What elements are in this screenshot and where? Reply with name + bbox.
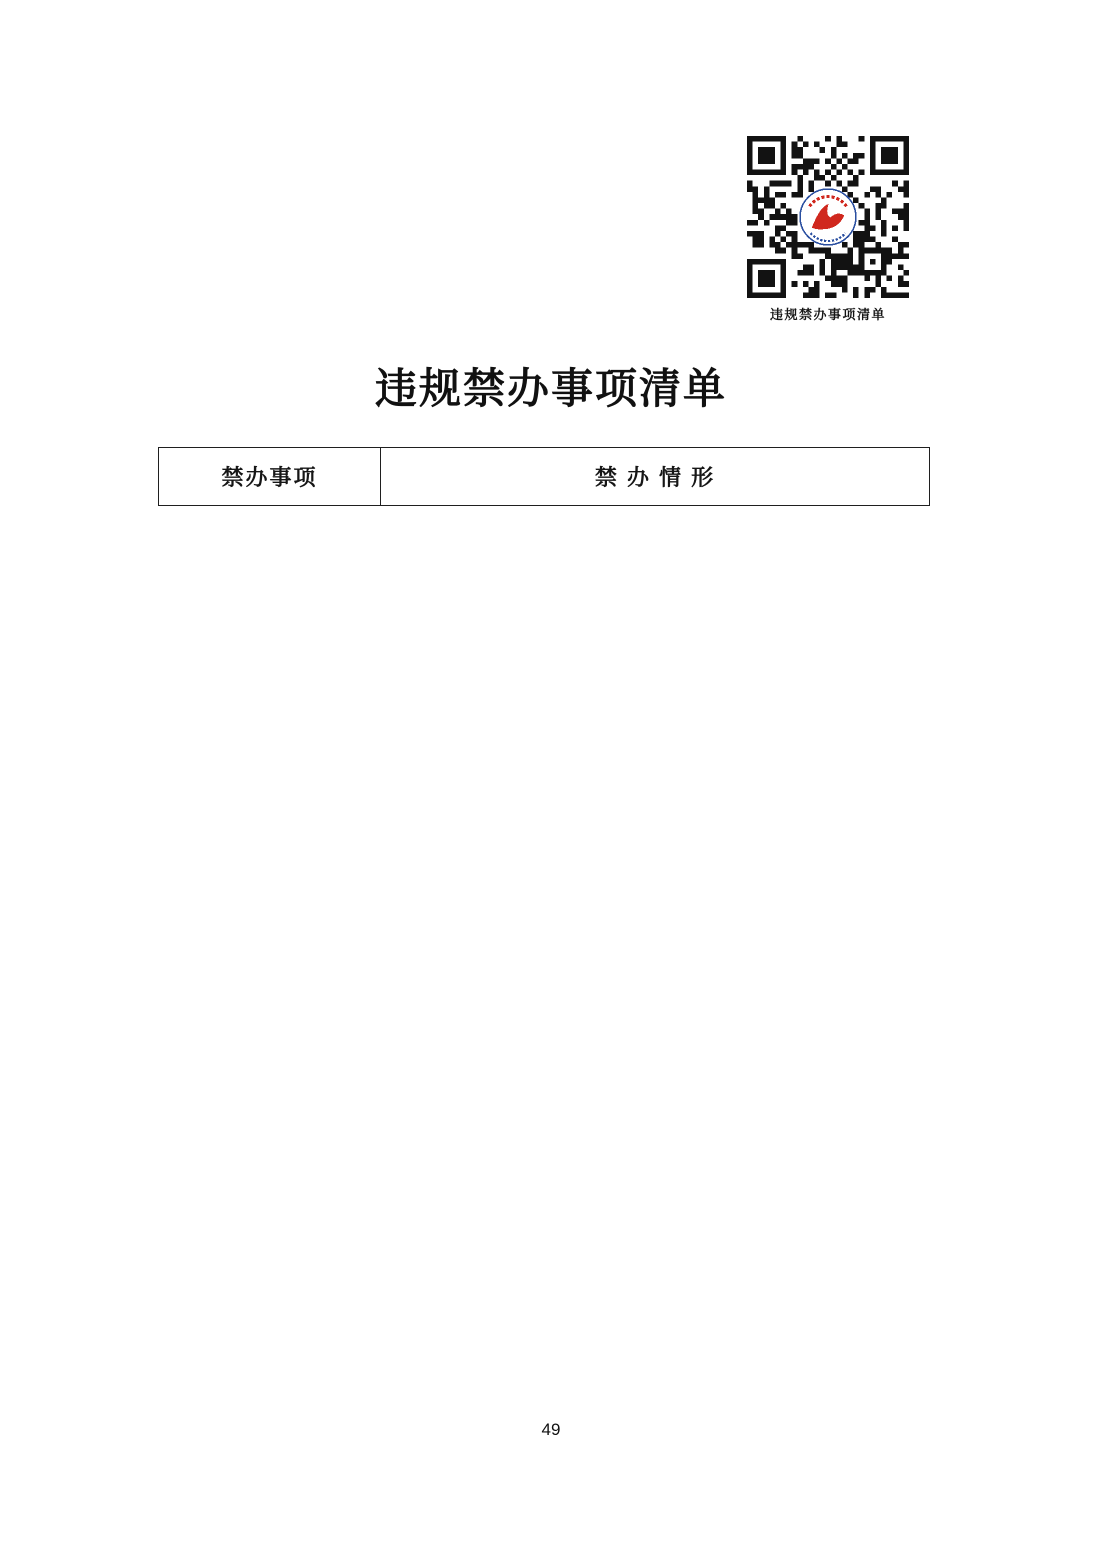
prohibition-table: 禁办事项 禁 办 情 形 [158, 447, 930, 506]
qr-code [747, 136, 909, 298]
document-page: 违规禁办事项清单 违规禁办事项清单 禁办事项 禁 办 情 形 49 [0, 0, 1102, 1559]
qr-block: 违规禁办事项清单 [742, 136, 914, 323]
table-header-row: 禁办事项 禁 办 情 形 [159, 448, 930, 506]
page-number: 49 [0, 1420, 1102, 1440]
column-header-case: 禁 办 情 形 [381, 448, 930, 506]
column-header-item: 禁办事项 [159, 448, 381, 506]
page-title: 违规禁办事项清单 [0, 356, 1102, 416]
qr-caption: 违规禁办事项清单 [742, 304, 914, 323]
